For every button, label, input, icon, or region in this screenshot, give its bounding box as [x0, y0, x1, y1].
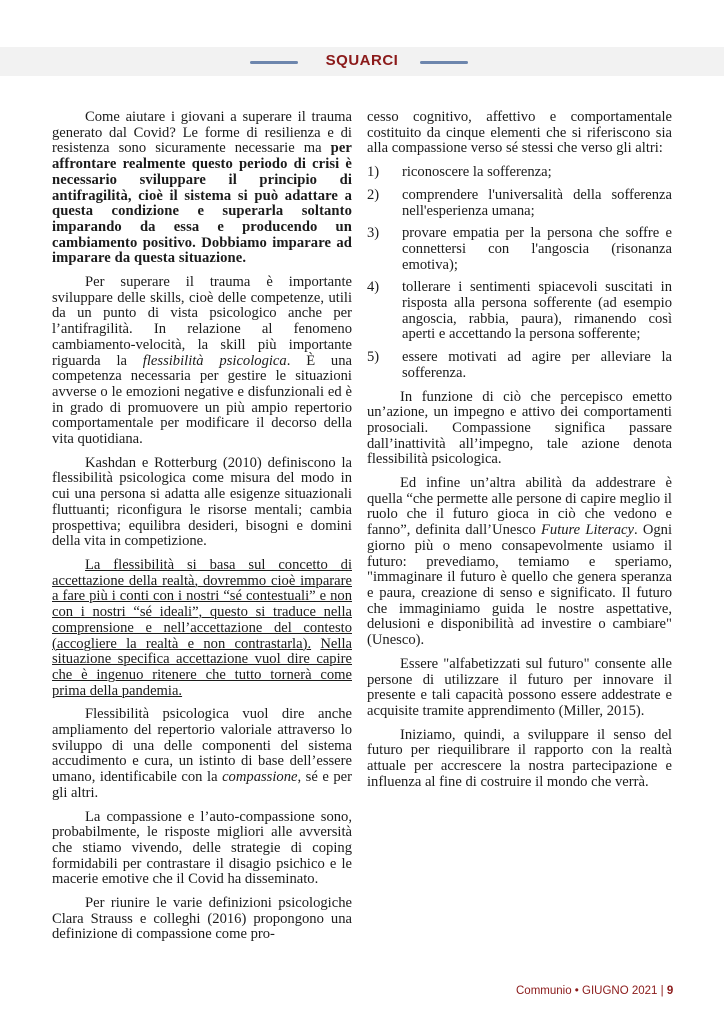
numbered-list: 1)riconoscere la sofferenza; 2)comprende… [367, 165, 672, 381]
paragraph: Ed infine un’altra abilità da addestrare… [367, 476, 672, 649]
italic-term: Future Literacy [541, 522, 634, 538]
paragraph: Iniziamo, quindi, a sviluppare il senso … [367, 728, 672, 791]
issue-date: GIUGNO 2021 [582, 985, 657, 997]
left-column: Come aiutare i giovani a superare il tra… [52, 110, 352, 951]
section-header-band: SQUARCI [0, 47, 724, 76]
paragraph: Per superare il trauma è importante svil… [52, 275, 352, 448]
italic-term: compassione [222, 769, 297, 785]
magazine-name: Communio [516, 985, 572, 997]
paragraph: Per riunire le varie definizioni psicolo… [52, 896, 352, 943]
paragraph: In funzione di ciò che percepisco emetto… [367, 390, 672, 469]
paragraph-underlined: La flessibilità si basa sul concetto di … [52, 558, 352, 699]
paragraph: La compassione e l’auto-compassione sono… [52, 810, 352, 889]
bold-emphasis: per affrontare realmente questo periodo … [52, 140, 352, 266]
list-item: 5)essere motivati ad agire per alleviare… [367, 350, 672, 381]
list-item: 4)tollerare i sentimenti spiacevoli susc… [367, 280, 672, 343]
paragraph: Flessibilità psicologica vuol dire anche… [52, 707, 352, 801]
italic-term: flessibilità psicologica [143, 353, 287, 369]
paragraph-continued: cesso cognitivo, affettivo e comportamen… [367, 110, 672, 157]
paragraph: Essere "alfabetizzati sul futuro" consen… [367, 657, 672, 720]
list-item: 3)provare empatia per la persona che sof… [367, 226, 672, 273]
list-item: 2)comprendere l'universalità della soffe… [367, 188, 672, 219]
right-column: cesso cognitivo, affettivo e comportamen… [367, 110, 672, 798]
paragraph: Kashdan e Rotterburg (2010) definiscono … [52, 456, 352, 550]
footer-bullet: • [572, 985, 582, 997]
page-number: 9 [667, 985, 673, 997]
right-decorative-rule [420, 61, 468, 64]
page-footer: Communio • GIUGNO 2021 | 9 [516, 985, 673, 997]
footer-divider: | [657, 985, 666, 997]
paragraph: Come aiutare i giovani a superare il tra… [52, 110, 352, 267]
list-item: 1)riconoscere la sofferenza; [367, 165, 672, 181]
section-title: SQUARCI [0, 52, 724, 69]
